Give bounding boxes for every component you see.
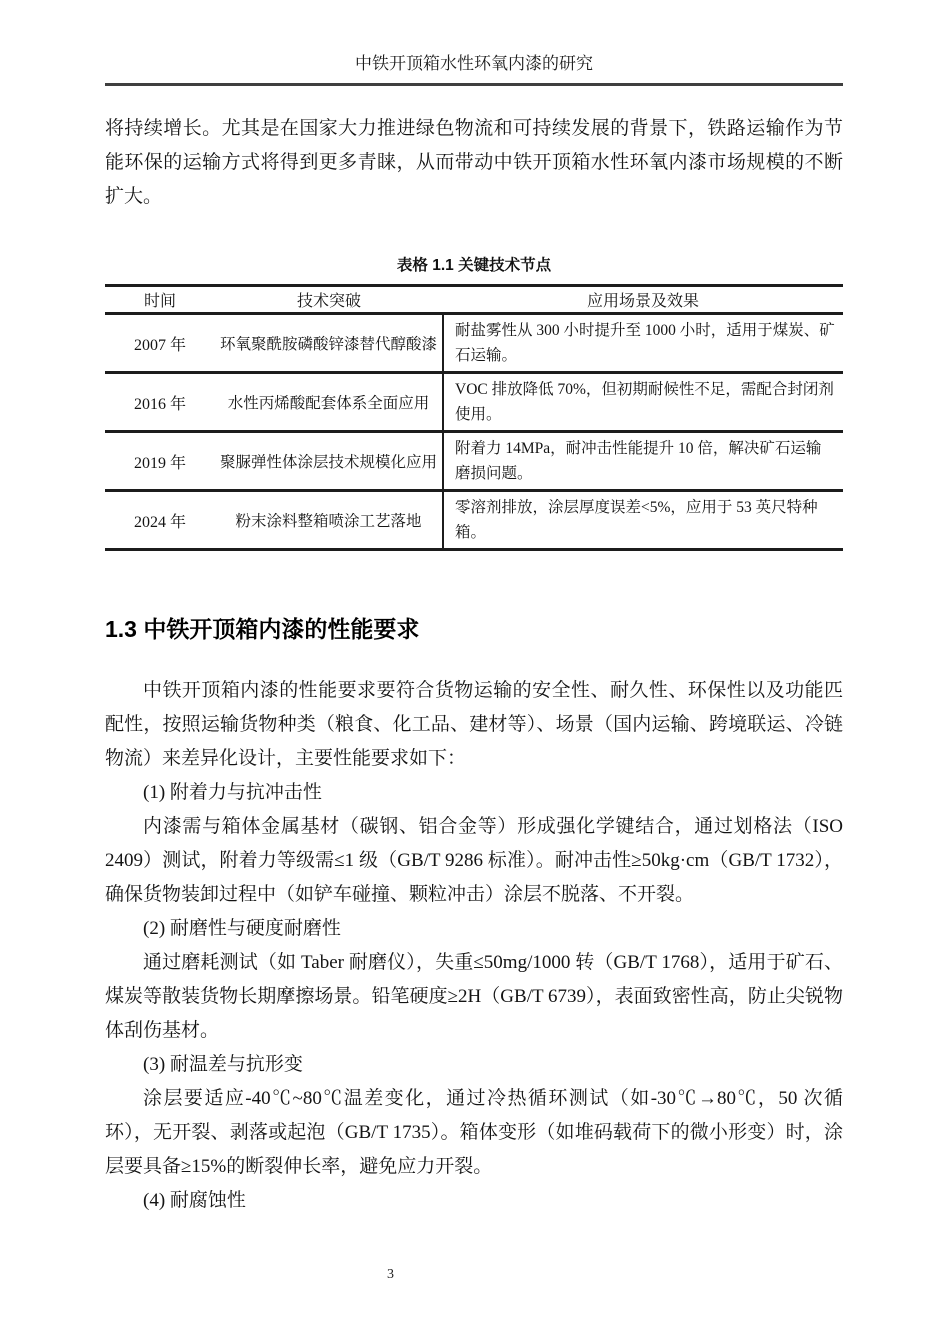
cell-time: 2024 年 (105, 491, 215, 550)
document-page: 中铁开顶箱水性环氧内漆的研究 将持续增长。尤其是在国家大力推进绿色物流和可持续发… (0, 0, 950, 1344)
list-item-4-title: (4) 耐腐蚀性 (105, 1184, 843, 1218)
cell-tech: 粉末涂料整箱喷涂工艺落地 (215, 491, 443, 550)
section-heading: 1.3 中铁开顶箱内漆的性能要求 (105, 614, 843, 644)
cell-tech: 聚脲弹性体涂层技术规模化应用 (215, 432, 443, 491)
cell-time: 2016 年 (105, 373, 215, 432)
table-caption: 表格 1.1 关键技术节点 (105, 254, 843, 278)
cell-effect: 耐盐雾性从 300 小时提升至 1000 小时，适用于煤炭、矿石运输。 (443, 314, 843, 373)
list-item-3-title: (3) 耐温差与抗形变 (105, 1048, 843, 1082)
column-header-tech: 技术突破 (215, 286, 443, 314)
cell-time: 2019 年 (105, 432, 215, 491)
section-paragraph: 涂层要适应-40℃~80℃温差变化，通过冷热循环测试（如-30℃→80℃，50 … (105, 1082, 843, 1184)
column-header-effect: 应用场景及效果 (443, 286, 843, 314)
intro-paragraph: 将持续增长。尤其是在国家大力推进绿色物流和可持续发展的背景下，铁路运输作为节能环… (105, 112, 843, 214)
cell-effect: VOC 排放降低 70%，但初期耐候性不足，需配合封闭剂使用。 (443, 373, 843, 432)
column-header-time: 时间 (105, 286, 215, 314)
cell-tech: 水性丙烯酸配套体系全面应用 (215, 373, 443, 432)
section-paragraph: 通过磨耗测试（如 Taber 耐磨仪），失重≤50mg/1000 转（GB/T … (105, 946, 843, 1048)
cell-time: 2007 年 (105, 314, 215, 373)
list-item-2-title: (2) 耐磨性与硬度耐磨性 (105, 912, 843, 946)
section-paragraph: 内漆需与箱体金属基材（碳钢、铝合金等）形成强化学键结合，通过划格法（ISO 24… (105, 810, 843, 912)
key-technology-table: 时间 技术突破 应用场景及效果 2007 年 环氧聚酰胺磷酸锌漆替代醇酸漆 耐盐… (105, 284, 843, 551)
table-row: 2016 年 水性丙烯酸配套体系全面应用 VOC 排放降低 70%，但初期耐候性… (105, 373, 843, 432)
header-rule (105, 83, 843, 86)
table-row: 2007 年 环氧聚酰胺磷酸锌漆替代醇酸漆 耐盐雾性从 300 小时提升至 10… (105, 314, 843, 373)
running-header-title: 中铁开顶箱水性环氧内漆的研究 (105, 0, 843, 74)
page-number: 3 (387, 1266, 394, 1284)
table-row: 2024 年 粉末涂料整箱喷涂工艺落地 零溶剂排放，涂层厚度误差<5%，应用于 … (105, 491, 843, 550)
cell-effect: 附着力 14MPa，耐冲击性能提升 10 倍，解决矿石运输磨损问题。 (443, 432, 843, 491)
table-header-row: 时间 技术突破 应用场景及效果 (105, 286, 843, 314)
cell-effect: 零溶剂排放，涂层厚度误差<5%，应用于 53 英尺特种箱。 (443, 491, 843, 550)
list-item-1-title: (1) 附着力与抗冲击性 (105, 776, 843, 810)
section-paragraph: 中铁开顶箱内漆的性能要求要符合货物运输的安全性、耐久性、环保性以及功能匹配性，按… (105, 674, 843, 776)
table-row: 2019 年 聚脲弹性体涂层技术规模化应用 附着力 14MPa，耐冲击性能提升 … (105, 432, 843, 491)
cell-tech: 环氧聚酰胺磷酸锌漆替代醇酸漆 (215, 314, 443, 373)
section-body: 中铁开顶箱内漆的性能要求要符合货物运输的安全性、耐久性、环保性以及功能匹配性，按… (105, 674, 843, 1218)
